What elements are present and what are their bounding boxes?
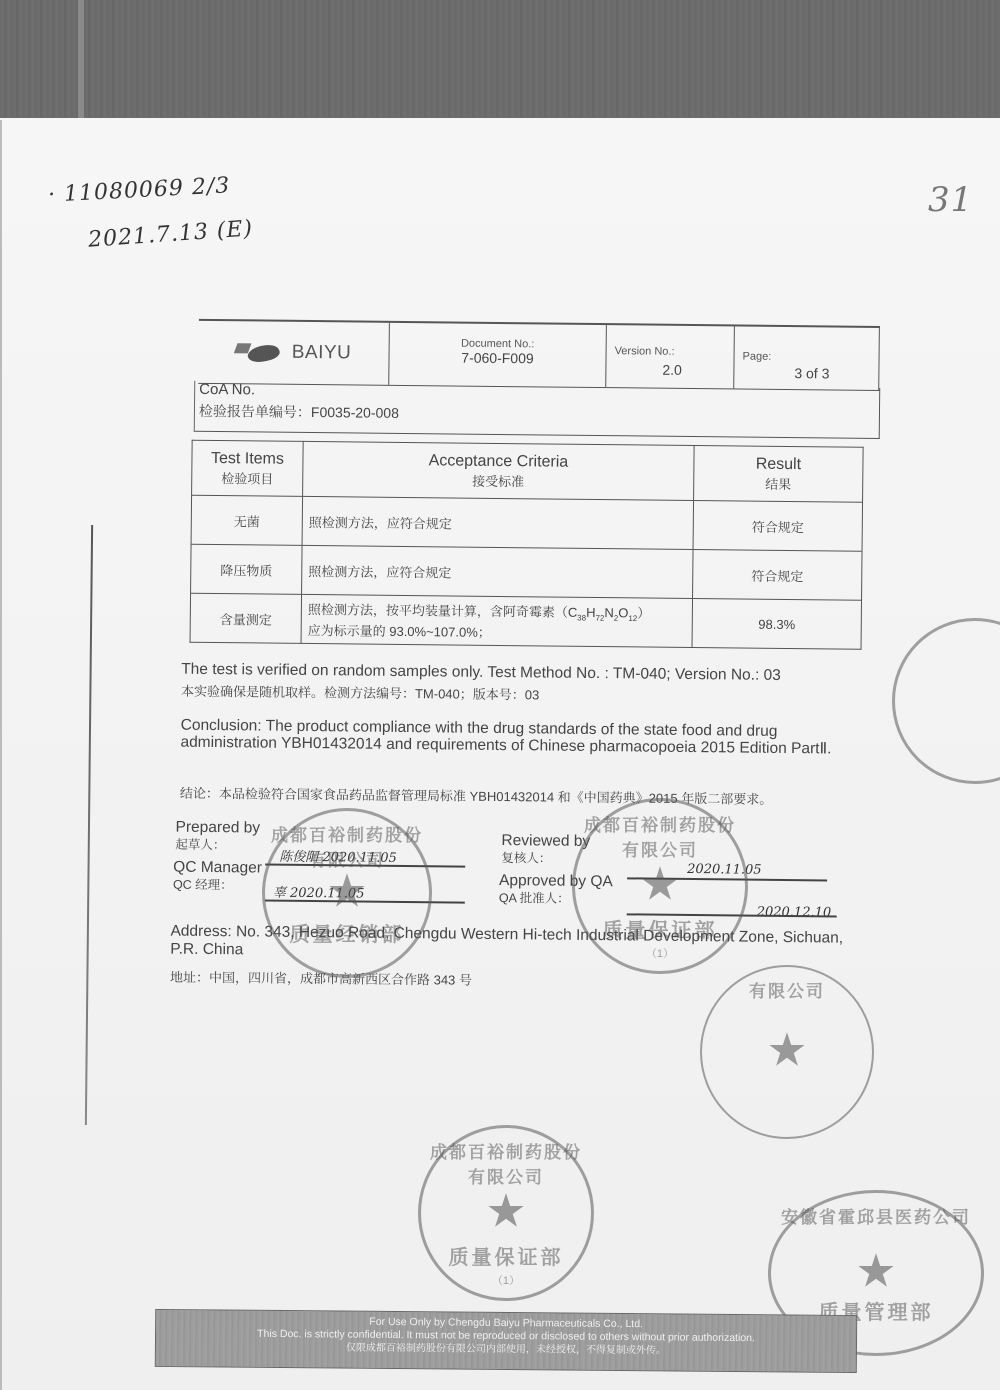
acceptance-criteria: 照检测方法，应符合规定 (302, 545, 693, 598)
table-row: 含量测定 照检测方法，按平均装量计算，含阿奇霉素（C38H72N2O12） 应为… (190, 593, 861, 649)
seal-ring-text: 有限公司 (903, 681, 1000, 757)
company-seal-qc: 成都百裕制药股份有限公司 ★ 质量经销部 (262, 808, 432, 978)
version-cell: Version No.: 2.0 (606, 325, 735, 388)
table-header-row: Test Items检验项目 Acceptance Criteria接受标准 R… (192, 440, 864, 502)
star-icon: ★ (485, 1183, 526, 1237)
seal-ring-text: 安徽省霍邱县医药公司 (771, 1203, 981, 1228)
faint-seal-middle: 有限公司 ★ (700, 965, 874, 1139)
header-test-items: Test Items检验项目 (192, 440, 304, 496)
coa-label-zh: 检验报告单编号： (199, 403, 311, 420)
formula-n: 2 (614, 614, 619, 623)
conclusion-en: Conclusion: The product compliance with … (180, 717, 860, 758)
document-header: BAIYU Document No.: 7-060-F009 Version N… (198, 319, 880, 391)
seal-department: 质量保证部 (421, 1241, 591, 1270)
conclusion-zh: 结论：本品检验符合国家食品药品监督管理局标准 YBH01432014 和《中国药… (180, 783, 860, 809)
seal-ring-text: 成都百裕制药股份有限公司 (421, 1138, 591, 1188)
approved-signature: 2020.12.10 (757, 905, 832, 921)
company-logo: BAIYU (198, 321, 390, 385)
baiyu-logo-icon (236, 341, 284, 364)
test-results-table: Test Items检验项目 Acceptance Criteria接受标准 R… (190, 440, 864, 650)
coa-number-line: 检验报告单编号：F0035-20-008 (199, 401, 399, 423)
seal-number: （1） (575, 945, 745, 961)
acceptance-criteria: 照检测方法，应符合规定 (302, 496, 693, 549)
page-cell: Page: 3 of 3 (734, 326, 879, 390)
logo-text: BAIYU (292, 342, 352, 365)
criteria-line2: 应为标示量的 93.0%~107.0%； (308, 623, 491, 640)
prepared-by-label: Prepared by起草人： (175, 819, 260, 854)
formula-c: 38 (577, 614, 586, 623)
header-en: Test Items (198, 449, 296, 468)
star-icon: ★ (639, 856, 680, 910)
qc-manager-label: QC ManagerQC 经理： (173, 859, 262, 894)
coa-label: CoA No. (199, 381, 255, 399)
label-en: Prepared by (176, 819, 261, 838)
header-zh: 检验项目 (198, 467, 296, 487)
label-en: QC Manager (173, 859, 262, 878)
test-item: 无菌 (191, 495, 303, 545)
version-number: 2.0 (662, 362, 682, 378)
header-zh: 结果 (700, 473, 856, 494)
header-en: Result (700, 455, 856, 475)
document-number-cell: Document No.: 7-060-F009 (389, 323, 607, 387)
result: 符合规定 (693, 550, 863, 601)
formula-o: 12 (628, 614, 637, 623)
company-seal-qa-bottom: 成都百裕制药股份有限公司 ★ 质量保证部 （1） (418, 1125, 594, 1301)
page-value: 3 of 3 (794, 365, 829, 381)
label-zh: QC 经理： (173, 877, 262, 894)
page-label: Page: (743, 351, 772, 363)
coa-number-block: CoA No. 检验报告单编号：F0035-20-008 (194, 381, 880, 439)
test-item: 降压物质 (191, 544, 303, 594)
table-row: 无菌 照检测方法，应符合规定 符合规定 (191, 495, 862, 551)
version-label: Version No.: (615, 345, 675, 358)
formula-h: 72 (595, 614, 604, 623)
coa-number: F0035-20-008 (311, 404, 399, 421)
result: 98.3% (692, 599, 862, 650)
table-row: 降压物质 照检测方法，应符合规定 符合规定 (191, 544, 862, 600)
seal-ring-text: 有限公司 (702, 977, 872, 1002)
criteria-line1: 照检测方法，按平均装量计算，含阿奇霉素（C (308, 602, 578, 620)
seal-department: 质量保证部 (575, 914, 745, 943)
result: 符合规定 (693, 501, 863, 552)
star-icon: ★ (766, 1022, 807, 1076)
header-result: Result结果 (694, 446, 864, 503)
acceptance-criteria: 照检测方法，按平均装量计算，含阿奇霉素（C38H72N2O12） 应为标示量的 … (301, 594, 692, 647)
test-item: 含量测定 (190, 593, 302, 643)
document-number: 7-060-F009 (389, 349, 605, 367)
seal-department: 质量经销部 (265, 918, 429, 947)
label-zh: 起草人： (175, 837, 260, 854)
company-seal-qa: 成都百裕制药股份有限公司 ★ 质量保证部 （1） (572, 798, 748, 974)
header-acceptance-criteria: Acceptance Criteria接受标准 (303, 441, 695, 500)
seal-number: （1） (421, 1272, 591, 1288)
star-icon: ★ (326, 863, 367, 917)
star-icon: ★ (855, 1243, 896, 1297)
confidentiality-footer: For Use Only by Chengdu Baiyu Pharmaceut… (155, 1309, 857, 1373)
seal-ring-text: 成都百裕制药股份有限公司 (575, 811, 745, 861)
header-zh: 接受标准 (309, 468, 687, 491)
